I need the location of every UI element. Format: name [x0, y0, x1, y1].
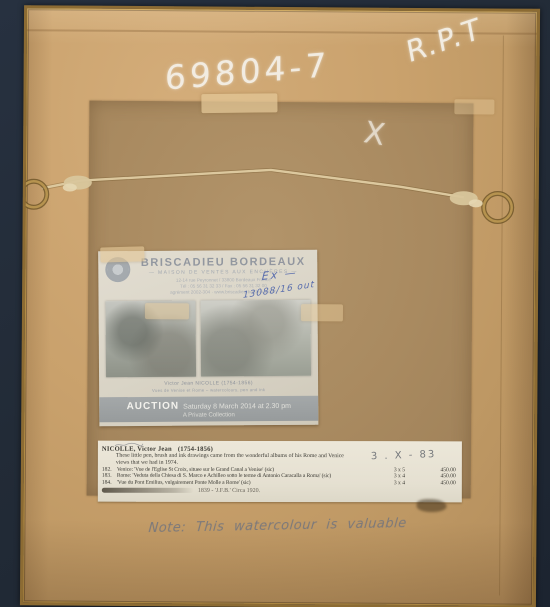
- dirt-stain: [417, 499, 447, 512]
- item-number: 183.: [102, 473, 117, 480]
- photo-of-frame-back: 69804-7 R.P.T X BRISCADIEU BORDEAUX — MA…: [0, 0, 550, 607]
- d-ring-right-highlight-icon: [484, 193, 512, 221]
- label-artwork-thumbnails: [106, 300, 312, 377]
- auction-word: AUCTION: [127, 400, 180, 411]
- catalogue-label: 3 . X - 83 NICOLLE, Victor Jean(1754-185…: [98, 441, 462, 503]
- catalogue-footer-line: 1839 - 'J.F.B.' Circa 1920.: [102, 487, 458, 496]
- auction-collection-line: A Private Collection: [183, 412, 235, 418]
- item-number: 184.: [102, 480, 117, 487]
- label-caption-detail: Vues de Venise et Rome – watercolours, p…: [106, 387, 311, 393]
- tape-patch-thumbnail-right: [301, 304, 343, 321]
- tape-patch-label-corner: [100, 246, 144, 262]
- auction-date-bar: AUCTION Saturday 8 March 2014 at 2.30 pm…: [99, 396, 318, 423]
- catalogue-footer-text: 1839 - 'J.F.B.' Circa 1920.: [198, 487, 260, 495]
- label-thumbnail-right: [201, 300, 312, 377]
- pencil-scribble: [114, 442, 144, 448]
- obscured-text-smudge: [102, 488, 194, 493]
- tape-patch-thumbnail-left: [145, 303, 189, 319]
- auction-datetime: Saturday 8 March 2014 at 2.30 pm: [183, 402, 291, 410]
- pencil-stock-code: 3 . X - 83: [370, 449, 436, 462]
- picture-frame-back: 69804-7 R.P.T X BRISCADIEU BORDEAUX — MA…: [20, 5, 540, 607]
- item-number: 182.: [102, 466, 117, 473]
- catalogue-artist-dates: (1754-1856): [178, 446, 213, 453]
